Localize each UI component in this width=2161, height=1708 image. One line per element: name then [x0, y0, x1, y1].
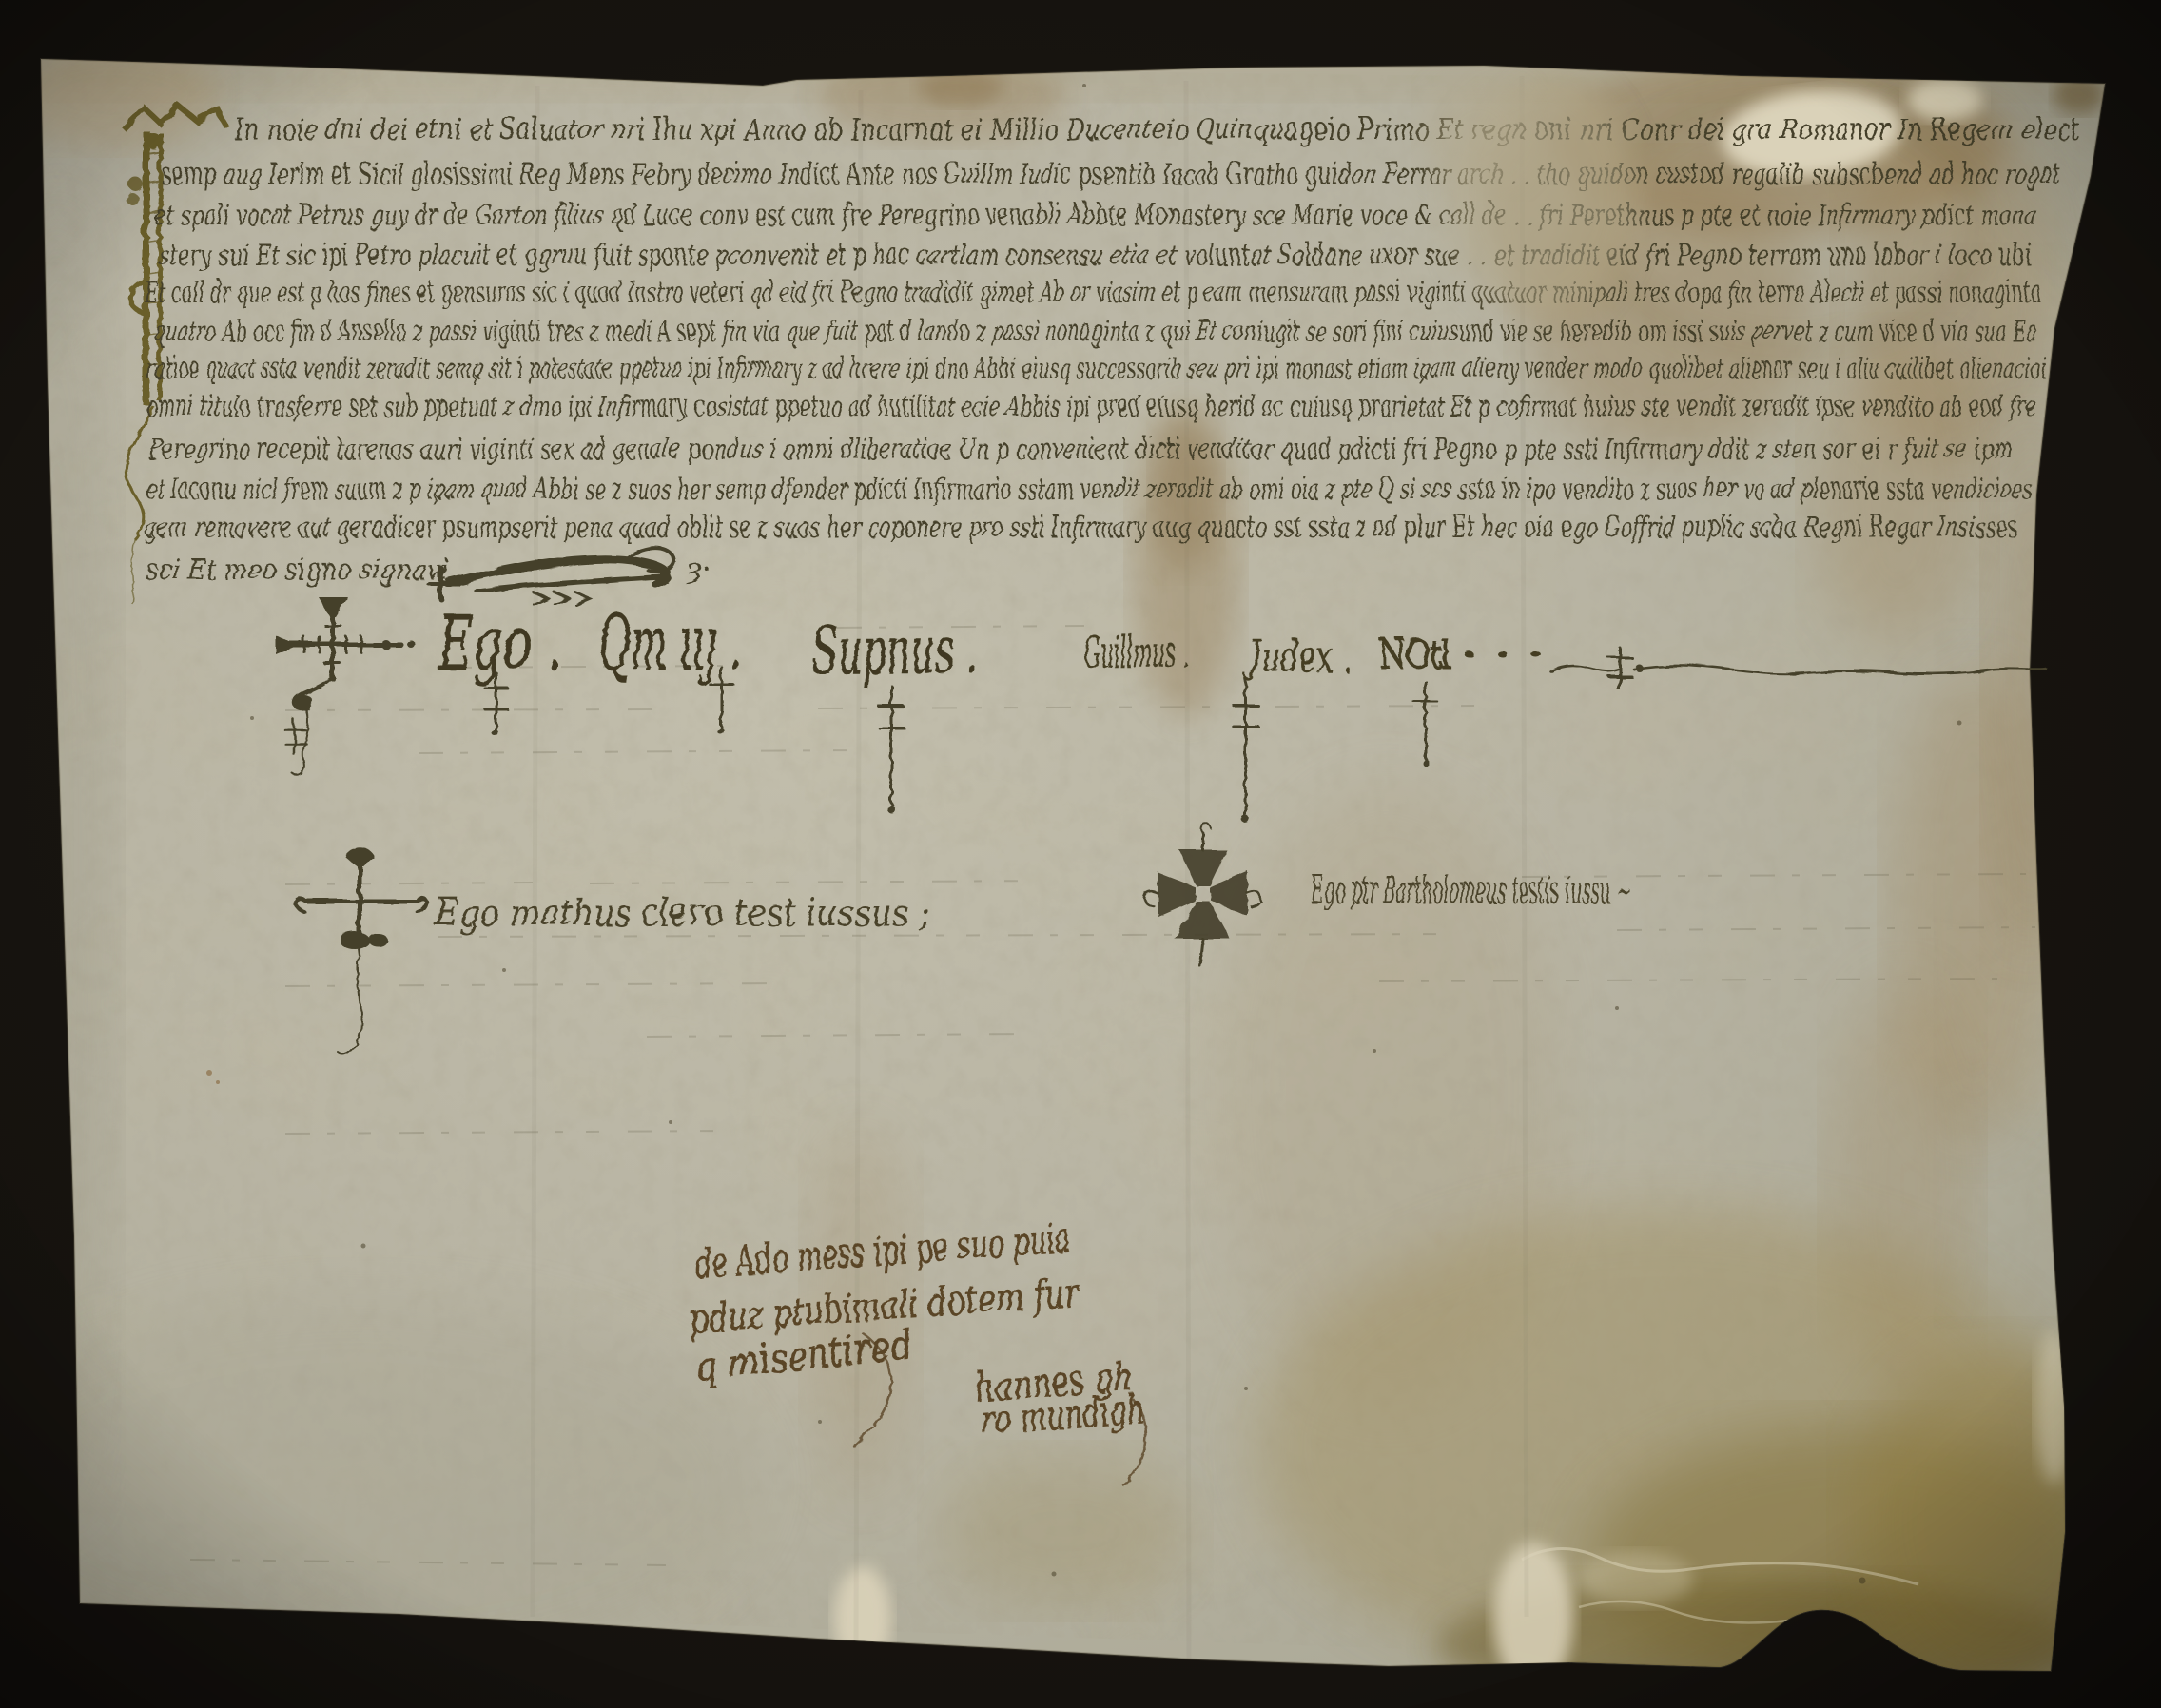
- parchment-scene: In noie dni dei etni et Saluator nri Ihu…: [0, 0, 2161, 1708]
- photo-vignette: [0, 0, 2161, 1708]
- manuscript-photograph: In noie dni dei etni et Saluator nri Ihu…: [0, 0, 2161, 1708]
